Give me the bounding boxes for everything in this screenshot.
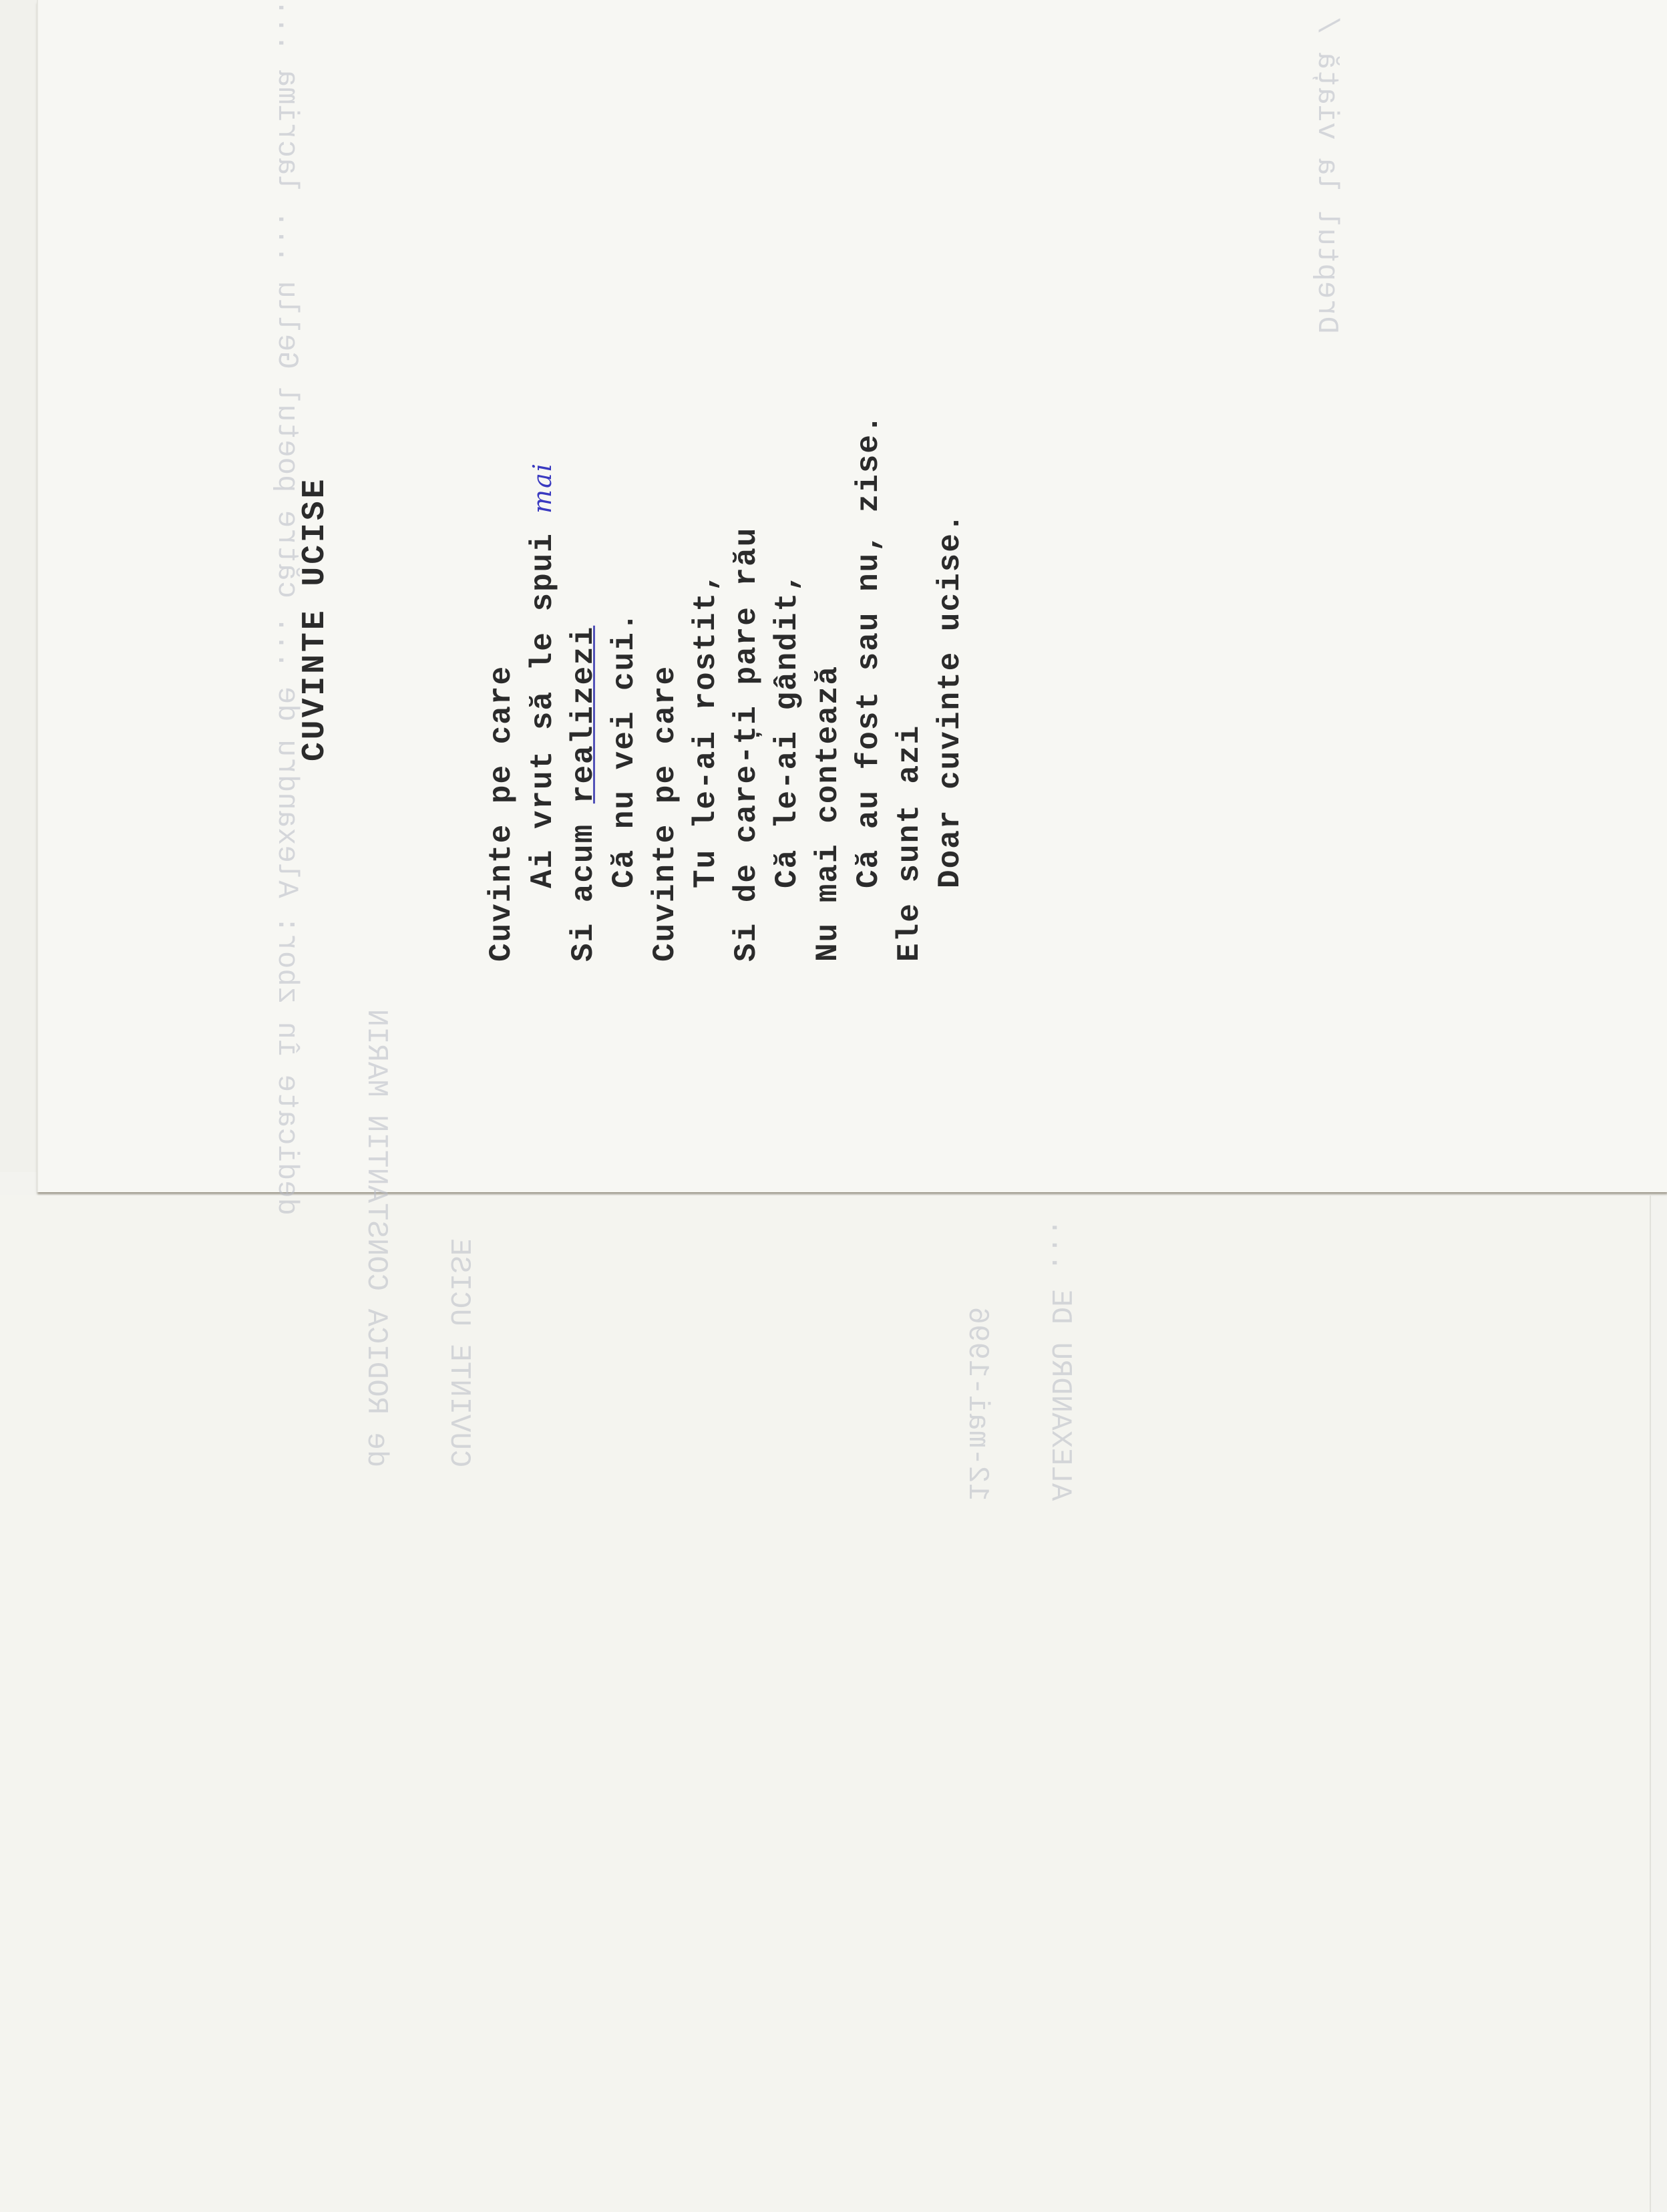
poem-line: Că le-ai gândit,: [767, 413, 808, 962]
poem-line: Si de care-ți pare rău: [727, 413, 767, 962]
poem-line: Că au fost sau nu, zise.: [849, 413, 890, 962]
poem-line: Ele sunt azi: [890, 413, 930, 962]
poem-line: Si acum realizezi: [564, 413, 604, 962]
poem-lines: Cuvinte pe careAi vrut să le spui maiSi …: [482, 413, 971, 962]
bleed-through-title: CUVINTE UCISE de RODICA CONSTANTIN MARIN: [355, 1009, 521, 1503]
poem-line: Că nu vei cui.: [604, 413, 645, 962]
bleed-author-line: de RODICA CONSTANTIN MARIN: [359, 1009, 393, 1468]
poem-line: Cuvinte pe care: [482, 413, 522, 962]
poem-line: Doar cuvinte ucise.: [930, 413, 971, 962]
poem-line: Ai vrut să le spui mai: [522, 413, 564, 962]
bleed-through-text-top: Dreptul la viață / Nu putem să facem ...…: [1306, 0, 1347, 334]
bleed-title-line: CUVINTE UCISE: [442, 1238, 476, 1467]
poem-line: Nu mai contează: [808, 413, 849, 962]
bleed-sign-date: 12-mai-1996: [960, 1307, 994, 1501]
handwritten-annotation: mai: [528, 462, 557, 532]
bleed-sign-name: ALEXANDRU DE ...: [1043, 1219, 1077, 1501]
lower-page: [0, 1195, 1651, 2212]
poem-block: CUVINTE UCISE Cuvinte pe careAi vrut să …: [214, 413, 1012, 962]
poem-title: CUVINTE UCISE: [295, 413, 336, 761]
poem-line: Cuvinte pe care: [645, 413, 686, 962]
poem-line: Tu le-ai rostit,: [686, 413, 727, 962]
bleed-through-signature: ALEXANDRU DE ... 12-mai-1996: [956, 1219, 1122, 1536]
